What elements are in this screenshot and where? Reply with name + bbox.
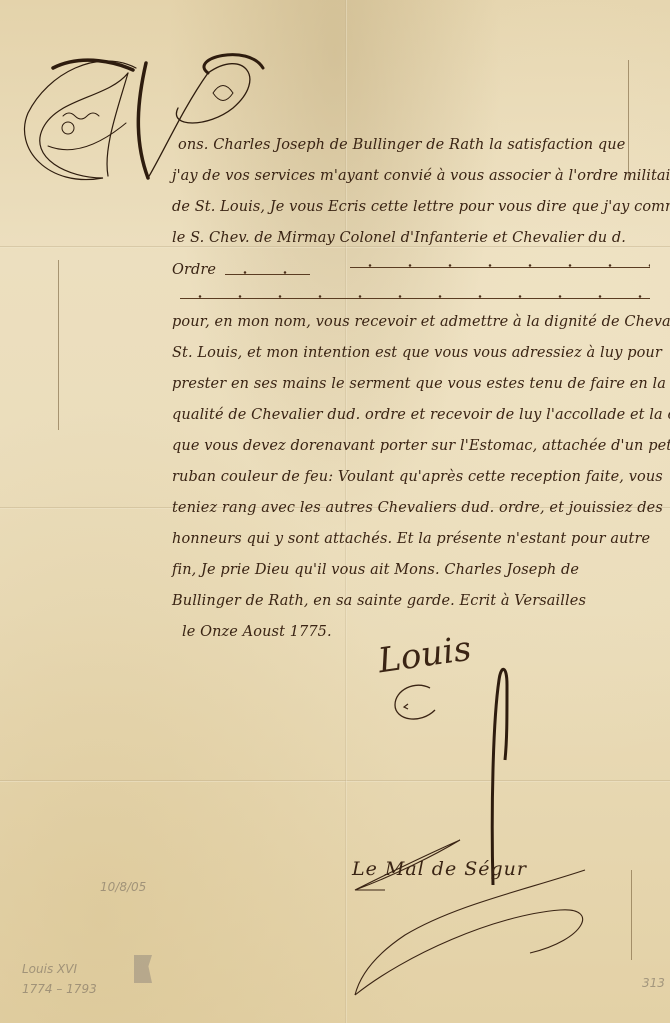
letter-line-8: prester en ses mains le serment que vous… bbox=[172, 376, 670, 392]
letter-line-5: Ordre bbox=[172, 262, 216, 278]
attribution-king: Louis XVI bbox=[22, 962, 77, 976]
royal-signature: Louis bbox=[376, 629, 474, 682]
letter-line-14: fin, Je prie Dieu qu'il vous ait Mons. C… bbox=[172, 562, 579, 578]
countersignature-flourish bbox=[345, 835, 625, 1005]
attribution-dates: 1774 – 1793 bbox=[22, 982, 97, 996]
letter-line-13: honneurs qui y sont attachés. Et la prés… bbox=[172, 531, 650, 547]
letter-line-10: que vous devez dorenavant porter sur l'E… bbox=[172, 438, 670, 454]
letter-line-6: pour, en mon nom, vous recevoir et admet… bbox=[172, 314, 670, 330]
paper-fold-horizontal bbox=[0, 246, 670, 248]
paper-fold-horizontal bbox=[0, 780, 670, 782]
archive-number: 10/8/05 bbox=[100, 880, 146, 894]
letter-line-4: le S. Chev. de Mirmay Colonel d'Infanter… bbox=[172, 230, 626, 246]
letter-line-11: ruban couleur de feu: Voulant qu'après c… bbox=[172, 469, 663, 485]
letter-line-2: j'ay de vos services m'ayant convié à vo… bbox=[172, 168, 670, 184]
letter-line-9: qualité de Chevalier dud. ordre et recev… bbox=[172, 407, 670, 423]
margin-rule-folio bbox=[631, 870, 632, 960]
paper-stain bbox=[134, 955, 152, 983]
letter-sheet: ons. Charles Joseph de Bullinger de Rath… bbox=[0, 0, 670, 1023]
signature-paraph bbox=[390, 680, 450, 725]
letter-line-7: St. Louis, et mon intention est que vous… bbox=[172, 345, 662, 361]
letter-line-1: ons. Charles Joseph de Bullinger de Rath… bbox=[178, 137, 625, 153]
margin-rule-right bbox=[628, 60, 629, 180]
line-filler-flourish bbox=[180, 298, 650, 300]
margin-rule-left bbox=[58, 260, 59, 430]
line-filler-flourish bbox=[225, 274, 310, 276]
line-filler-flourish bbox=[350, 267, 650, 269]
letter-line-3: de St. Louis, Je vous Ecris cette lettre… bbox=[172, 199, 670, 215]
letter-line-12: teniez rang avec les autres Chevaliers d… bbox=[172, 500, 663, 516]
folio-number: 313 bbox=[642, 976, 665, 990]
date-line: le Onze Aoust 1775. bbox=[182, 624, 332, 640]
letter-line-15: Bullinger de Rath, en sa sainte garde. E… bbox=[172, 593, 586, 609]
